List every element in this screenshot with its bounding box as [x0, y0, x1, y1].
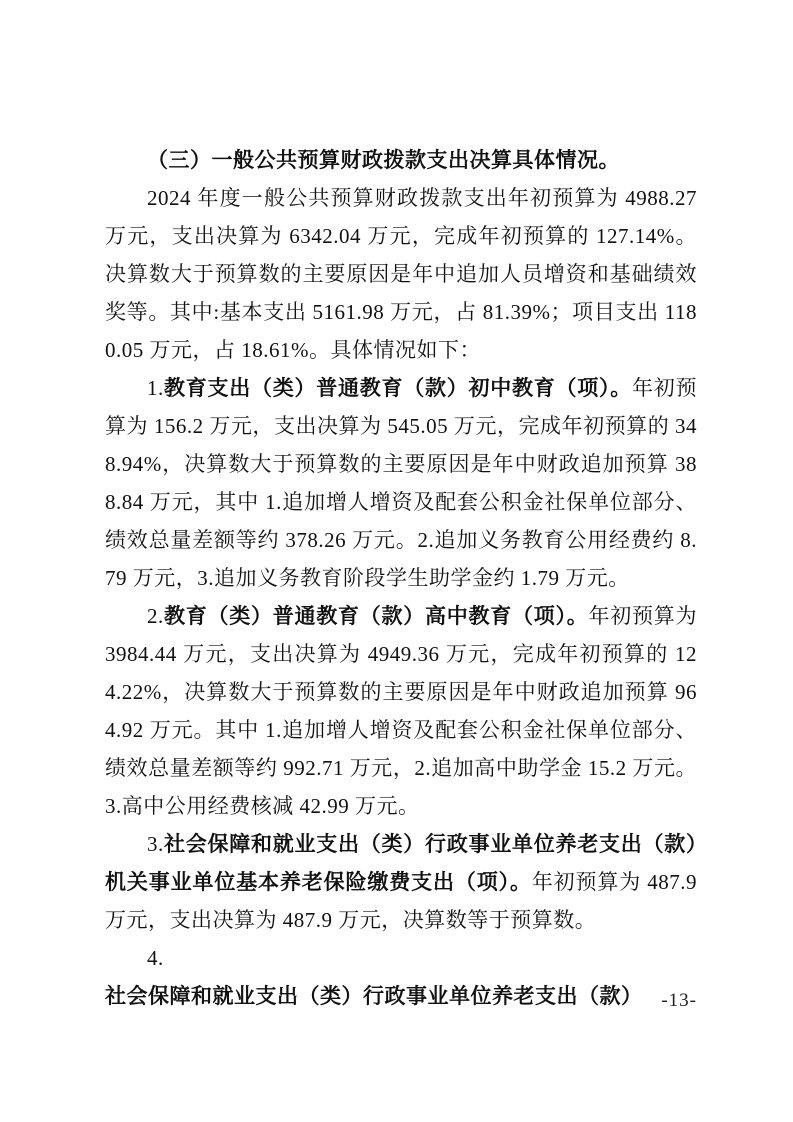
item-1-body: 年初预算为 156.2 万元，支出决算为 545.05 万元，完成年初预算的 3… — [105, 376, 697, 590]
intro-paragraph: 2024 年度一般公共预算财政拨款支出年初预算为 4988.27 万元，支出决算… — [105, 179, 697, 369]
item-3-number: 3. — [147, 832, 164, 856]
page-number: -13- — [661, 990, 697, 1012]
item-2-title: 教育（类）普通教育（款）高中教育（项）。 — [164, 604, 589, 628]
item-1-title: 教育支出（类）普通教育（款）初中教育（项）。 — [164, 376, 632, 400]
section-heading: （三）一般公共预算财政拨款支出决算具体情况。 — [105, 141, 697, 179]
item-4-number: 4. — [147, 946, 164, 970]
budget-item-4: 4.社会保障和就业支出（类）行政事业单位养老支出（款） — [105, 939, 697, 1015]
item-2-number: 2. — [147, 604, 164, 628]
item-2-body: 年初预算为 3984.44 万元，支出决算为 4949.36 万元，完成年初预算… — [105, 604, 697, 818]
item-4-title: 社会保障和就业支出（类）行政事业单位养老支出（款） — [105, 984, 643, 1008]
budget-item-3: 3.社会保障和就业支出（类）行政事业单位养老支出（款）机关事业单位基本养老保险缴… — [105, 825, 697, 939]
item-1-number: 1. — [147, 376, 164, 400]
budget-item-2: 2.教育（类）普通教育（款）高中教育（项）。年初预算为 3984.44 万元，支… — [105, 597, 697, 825]
budget-item-1: 1.教育支出（类）普通教育（款）初中教育（项）。年初预算为 156.2 万元，支… — [105, 369, 697, 597]
document-page: （三）一般公共预算财政拨款支出决算具体情况。 2024 年度一般公共预算财政拨款… — [0, 0, 793, 1122]
